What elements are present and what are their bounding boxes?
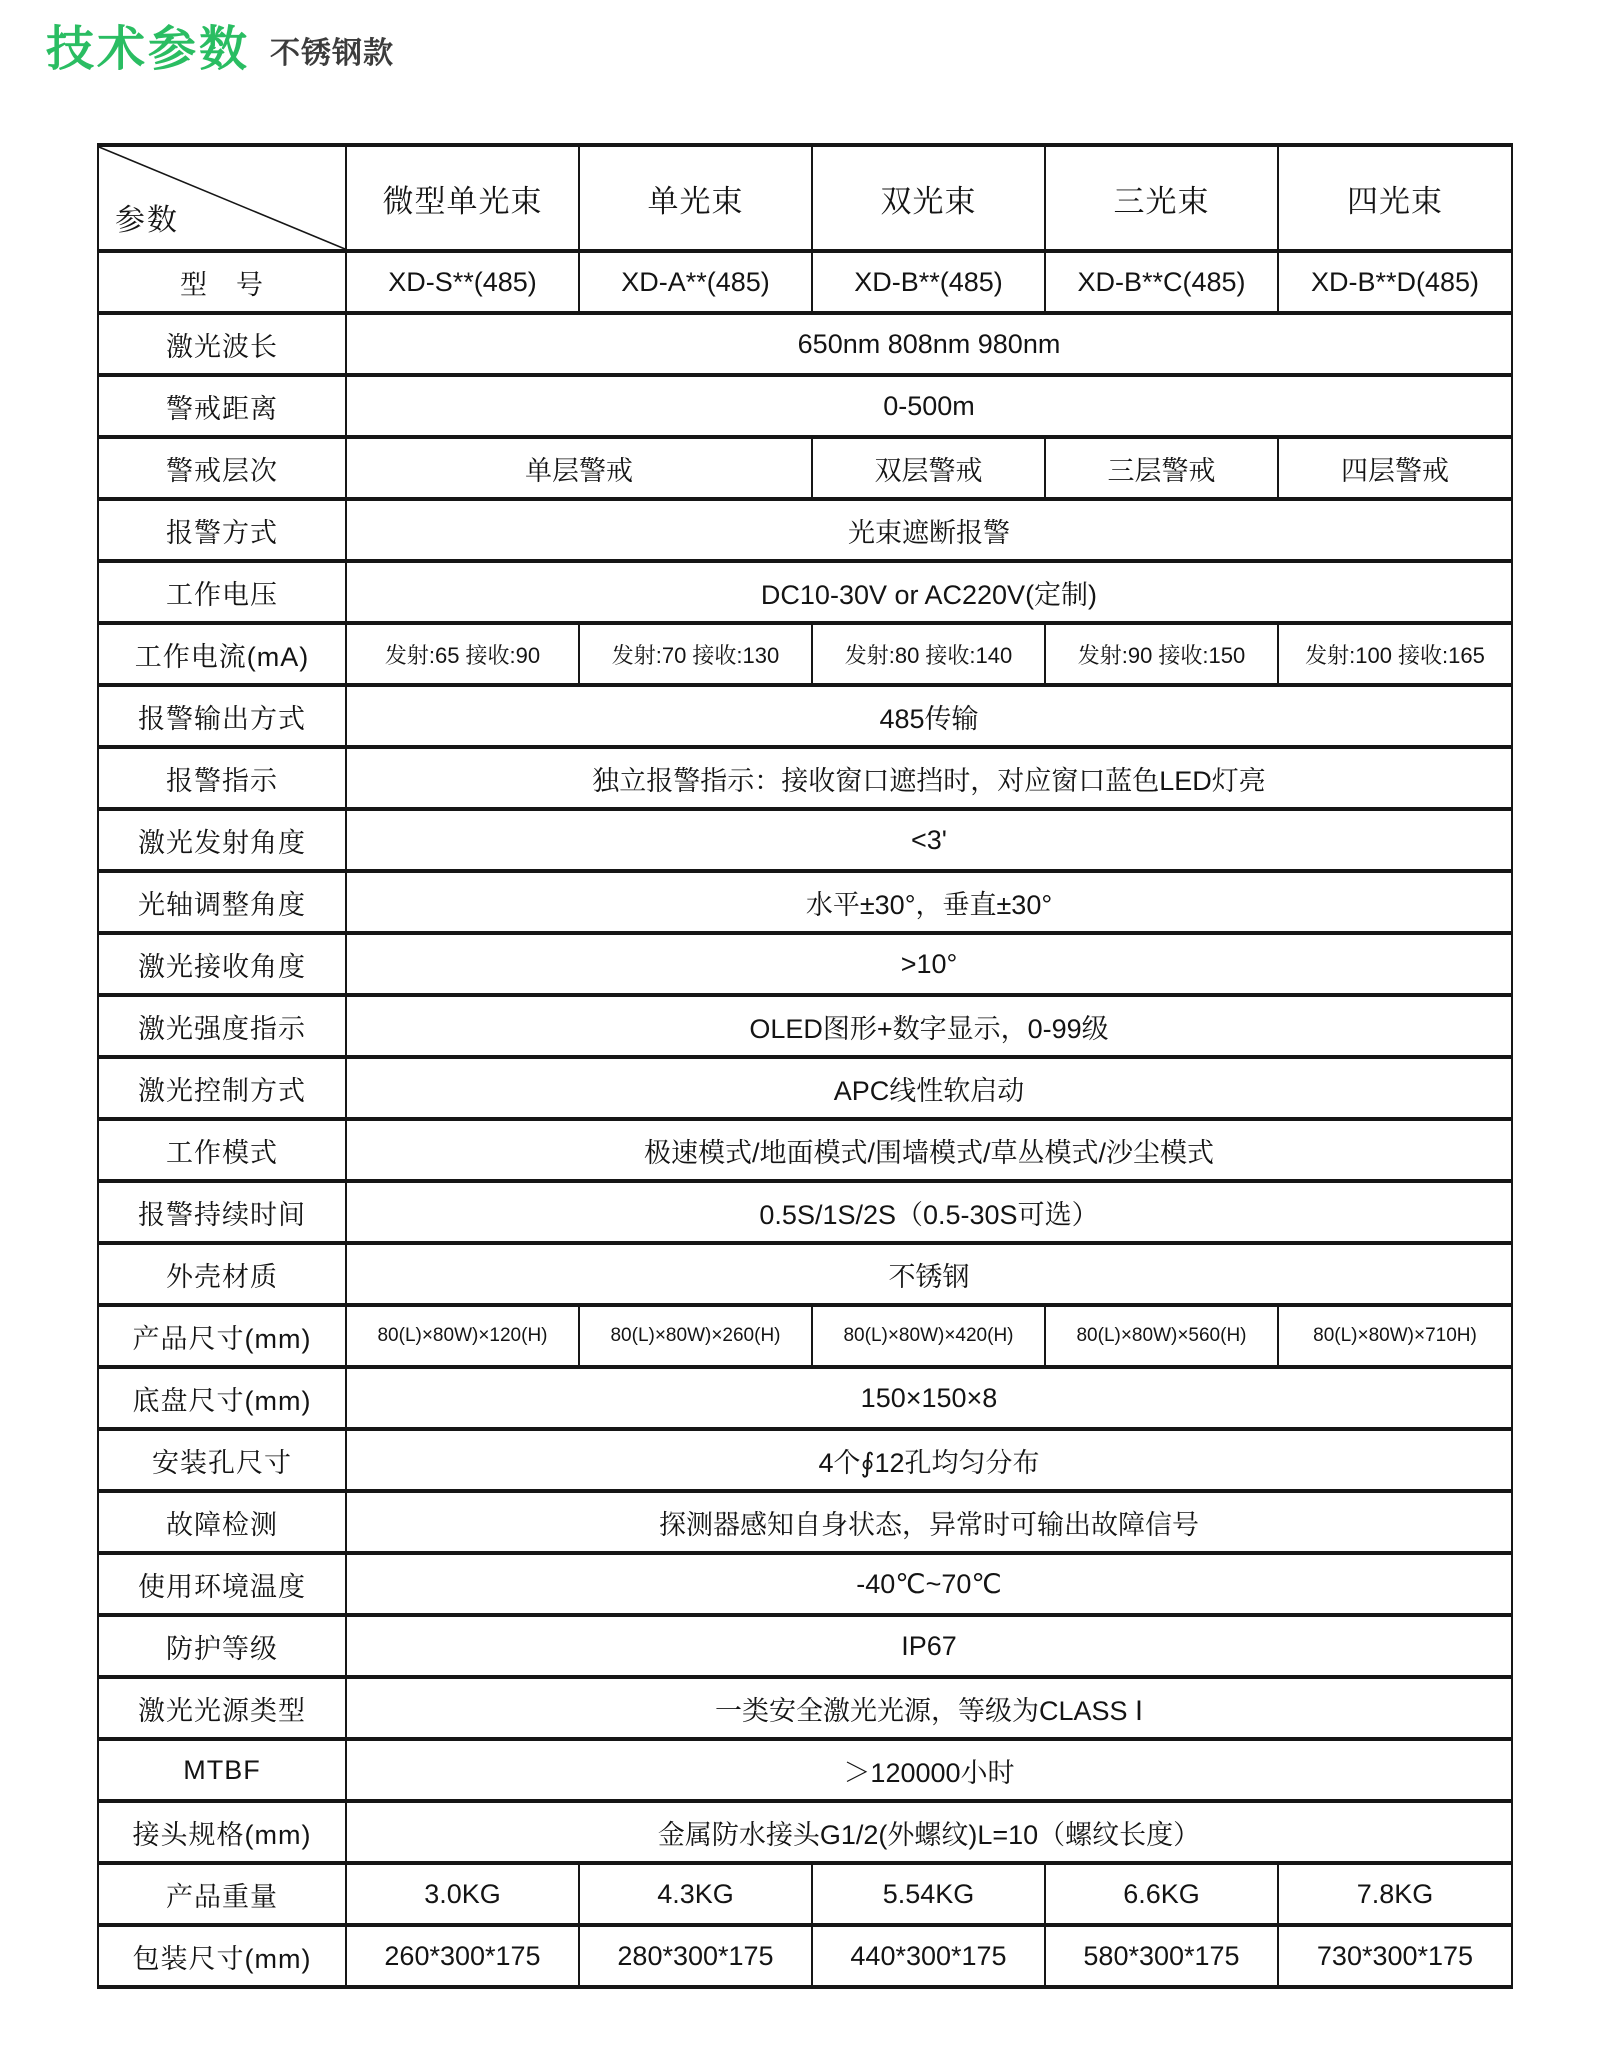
row-value: 80(L)×80W)×120(H) <box>346 1305 579 1367</box>
row-value: 3.0KG <box>346 1863 579 1925</box>
row-value: 发射:90 接收:150 <box>1045 623 1278 685</box>
table-row: 警戒距离0-500m <box>98 375 1512 437</box>
row-label: 包装尺寸(mm) <box>98 1925 346 1987</box>
row-value: 双层警戒 <box>812 437 1045 499</box>
row-label: 工作电流(mA) <box>98 623 346 685</box>
row-label: 光轴调整角度 <box>98 871 346 933</box>
row-value: DC10-30V or AC220V(定制) <box>346 561 1512 623</box>
table-row: 激光光源类型一类安全激光光源，等级为CLASS Ⅰ <box>98 1677 1512 1739</box>
row-value: 650nm 808nm 980nm <box>346 313 1512 375</box>
table-row: 激光波长650nm 808nm 980nm <box>98 313 1512 375</box>
table-row: 产品尺寸(mm)80(L)×80W)×120(H)80(L)×80W)×260(… <box>98 1305 1512 1367</box>
table-row: 工作电压DC10-30V or AC220V(定制) <box>98 561 1512 623</box>
row-value: 发射:100 接收:165 <box>1278 623 1512 685</box>
row-label: 警戒层次 <box>98 437 346 499</box>
table-row: 底盘尺寸(mm)150×150×8 <box>98 1367 1512 1429</box>
row-value: IP67 <box>346 1615 1512 1677</box>
row-value: XD-B**(485) <box>812 251 1045 313</box>
page-subtitle: 不锈钢款 <box>270 28 394 77</box>
row-value: 260*300*175 <box>346 1925 579 1987</box>
row-value: 发射:70 接收:130 <box>579 623 812 685</box>
table-row: 光轴调整角度水平±30°，垂直±30° <box>98 871 1512 933</box>
table-row: 激光接收角度>10° <box>98 933 1512 995</box>
column-header: 四光束 <box>1278 145 1512 251</box>
column-header: 三光束 <box>1045 145 1278 251</box>
table-row: 警戒层次单层警戒双层警戒三层警戒四层警戒 <box>98 437 1512 499</box>
row-value: 80(L)×80W)×420(H) <box>812 1305 1045 1367</box>
table-row: 安装孔尺寸4个∮12孔均匀分布 <box>98 1429 1512 1491</box>
row-value: <3' <box>346 809 1512 871</box>
row-value: 580*300*175 <box>1045 1925 1278 1987</box>
row-value: 80(L)×80W)×710H) <box>1278 1305 1512 1367</box>
row-label: 报警输出方式 <box>98 685 346 747</box>
table-row: 报警持续时间0.5S/1S/2S（0.5-30S可选） <box>98 1181 1512 1243</box>
table-row: 防护等级IP67 <box>98 1615 1512 1677</box>
row-value: 四层警戒 <box>1278 437 1512 499</box>
row-label: 产品尺寸(mm) <box>98 1305 346 1367</box>
row-label: 报警方式 <box>98 499 346 561</box>
row-value: 0-500m <box>346 375 1512 437</box>
row-value: 6.6KG <box>1045 1863 1278 1925</box>
table-row: 型 号XD-S**(485)XD-A**(485)XD-B**(485)XD-B… <box>98 251 1512 313</box>
row-label: 型 号 <box>98 251 346 313</box>
header-row: 参数 微型单光束单光束双光束三光束四光束 <box>98 145 1512 251</box>
row-value: XD-S**(485) <box>346 251 579 313</box>
row-value: 光束遮断报警 <box>346 499 1512 561</box>
row-label: 防护等级 <box>98 1615 346 1677</box>
row-label: 激光接收角度 <box>98 933 346 995</box>
table-row: 接头规格(mm)金属防水接头G1/2(外螺纹)L=10（螺纹长度） <box>98 1801 1512 1863</box>
table-row: 报警方式光束遮断报警 <box>98 499 1512 561</box>
row-value: APC线性软启动 <box>346 1057 1512 1119</box>
row-value: 80(L)×80W)×260(H) <box>579 1305 812 1367</box>
row-value: 极速模式/地面模式/围墙模式/草丛模式/沙尘模式 <box>346 1119 1512 1181</box>
row-value: -40℃~70℃ <box>346 1553 1512 1615</box>
row-value: 0.5S/1S/2S（0.5-30S可选） <box>346 1181 1512 1243</box>
row-value: 单层警戒 <box>346 437 812 499</box>
row-label: 安装孔尺寸 <box>98 1429 346 1491</box>
page-title: 技术参数 <box>46 24 250 77</box>
row-label: 外壳材质 <box>98 1243 346 1305</box>
table-row: 激光控制方式APC线性软启动 <box>98 1057 1512 1119</box>
row-value: 280*300*175 <box>579 1925 812 1987</box>
column-header: 单光束 <box>579 145 812 251</box>
row-value: 不锈钢 <box>346 1243 1512 1305</box>
row-label: 工作模式 <box>98 1119 346 1181</box>
row-label: 报警持续时间 <box>98 1181 346 1243</box>
table-row: 包装尺寸(mm)260*300*175280*300*175440*300*17… <box>98 1925 1512 1987</box>
row-value: OLED图形+数字显示，0-99级 <box>346 995 1512 1057</box>
row-value: XD-A**(485) <box>579 251 812 313</box>
row-label: 激光发射角度 <box>98 809 346 871</box>
row-label: 激光光源类型 <box>98 1677 346 1739</box>
row-value: 发射:65 接收:90 <box>346 623 579 685</box>
row-label: 底盘尺寸(mm) <box>98 1367 346 1429</box>
row-label: 激光波长 <box>98 313 346 375</box>
row-value: 80(L)×80W)×560(H) <box>1045 1305 1278 1367</box>
row-label: 激光控制方式 <box>98 1057 346 1119</box>
corner-label: 参数 <box>115 195 179 239</box>
table-row: 故障检测探测器感知自身状态，异常时可输出故障信号 <box>98 1491 1512 1553</box>
table-row: 产品重量3.0KG4.3KG5.54KG6.6KG7.8KG <box>98 1863 1512 1925</box>
table-row: 激光发射角度<3' <box>98 809 1512 871</box>
table-row: MTBF＞120000小时 <box>98 1739 1512 1801</box>
row-value: 独立报警指示：接收窗口遮挡时，对应窗口蓝色LED灯亮 <box>346 747 1512 809</box>
column-header: 双光束 <box>812 145 1045 251</box>
row-value: 485传输 <box>346 685 1512 747</box>
spec-table: 参数 微型单光束单光束双光束三光束四光束 型 号XD-S**(485)XD-A*… <box>97 143 1513 1989</box>
row-value: 发射:80 接收:140 <box>812 623 1045 685</box>
row-label: 报警指示 <box>98 747 346 809</box>
table-row: 工作电流(mA)发射:65 接收:90发射:70 接收:130发射:80 接收:… <box>98 623 1512 685</box>
table-row: 报警输出方式485传输 <box>98 685 1512 747</box>
row-value: 440*300*175 <box>812 1925 1045 1987</box>
row-value: 150×150×8 <box>346 1367 1512 1429</box>
table-row: 工作模式极速模式/地面模式/围墙模式/草丛模式/沙尘模式 <box>98 1119 1512 1181</box>
corner-cell: 参数 <box>98 145 346 251</box>
row-value: ＞120000小时 <box>346 1739 1512 1801</box>
row-value: 一类安全激光光源，等级为CLASS Ⅰ <box>346 1677 1512 1739</box>
row-label: MTBF <box>98 1739 346 1801</box>
row-value: 730*300*175 <box>1278 1925 1512 1987</box>
row-label: 警戒距离 <box>98 375 346 437</box>
table-row: 报警指示独立报警指示：接收窗口遮挡时，对应窗口蓝色LED灯亮 <box>98 747 1512 809</box>
column-header: 微型单光束 <box>346 145 579 251</box>
row-value: 金属防水接头G1/2(外螺纹)L=10（螺纹长度） <box>346 1801 1512 1863</box>
row-value: XD-B**C(485) <box>1045 251 1278 313</box>
page-header: 技术参数 不锈钢款 <box>46 24 394 77</box>
row-value: 探测器感知自身状态，异常时可输出故障信号 <box>346 1491 1512 1553</box>
row-value: >10° <box>346 933 1512 995</box>
row-label: 接头规格(mm) <box>98 1801 346 1863</box>
row-label: 工作电压 <box>98 561 346 623</box>
row-value: 水平±30°，垂直±30° <box>346 871 1512 933</box>
page: 技术参数 不锈钢款 参数 微型单光束单光束双光束三光束四光束 型 号XD-S**… <box>0 0 1616 2054</box>
row-label: 产品重量 <box>98 1863 346 1925</box>
row-label: 激光强度指示 <box>98 995 346 1057</box>
row-value: 三层警戒 <box>1045 437 1278 499</box>
row-value: 4.3KG <box>579 1863 812 1925</box>
table-row: 使用环境温度-40℃~70℃ <box>98 1553 1512 1615</box>
table-row: 外壳材质不锈钢 <box>98 1243 1512 1305</box>
row-label: 使用环境温度 <box>98 1553 346 1615</box>
table-row: 激光强度指示OLED图形+数字显示，0-99级 <box>98 995 1512 1057</box>
row-label: 故障检测 <box>98 1491 346 1553</box>
row-value: 5.54KG <box>812 1863 1045 1925</box>
row-value: XD-B**D(485) <box>1278 251 1512 313</box>
row-value: 4个∮12孔均匀分布 <box>346 1429 1512 1491</box>
row-value: 7.8KG <box>1278 1863 1512 1925</box>
